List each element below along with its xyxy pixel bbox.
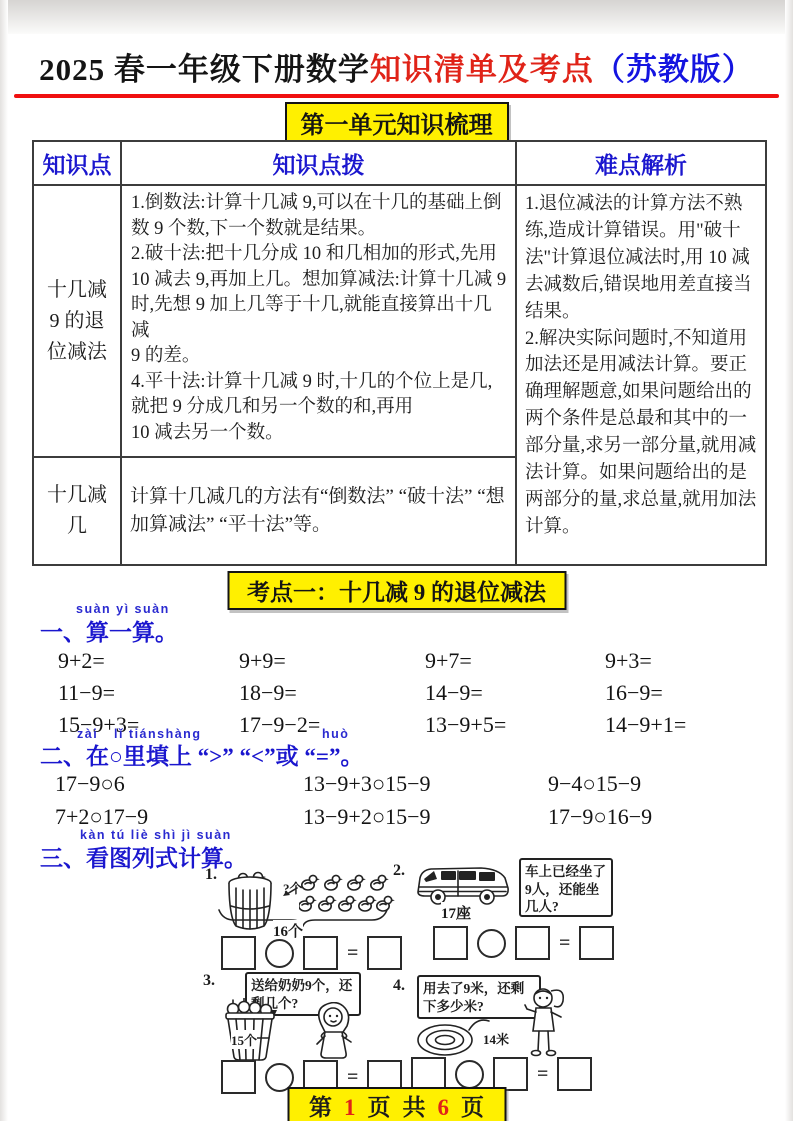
rope-length-label: 14米	[483, 1029, 509, 1048]
compare-expression: 9−4○15−9	[548, 771, 770, 797]
page-title: 2025 春一年级下册数学知识清单及考点（苏教版）	[0, 44, 793, 89]
girl-ponytail-illustration	[523, 985, 575, 1059]
answer-box[interactable]	[221, 1060, 256, 1094]
arrow-icon	[281, 886, 299, 898]
calc-row: 11−9= 18−9= 14−9= 16−9=	[58, 680, 768, 706]
title-part-red: 知识清单及考点	[370, 52, 594, 87]
cell-point-1: 十几减 9 的退 位减法	[33, 185, 121, 457]
equals-sign: =	[537, 1063, 548, 1086]
title-part-black: 2025 春一年级下册数学	[39, 52, 370, 87]
problem-number: 3.	[203, 972, 215, 990]
equals-sign: =	[559, 932, 570, 955]
answer-box[interactable]	[493, 1057, 528, 1091]
compare-expression: 17−9○6	[55, 771, 303, 797]
answer-box[interactable]	[411, 1057, 446, 1091]
compare-expression: 13−9+3○15−9	[303, 771, 548, 797]
problem-caption: 车上已经坐了9人，还能坐几人?	[519, 858, 613, 917]
footer-char: 第	[309, 1095, 332, 1120]
problem-number: 1.	[205, 866, 217, 884]
table-header-knowledge-point: 知识点	[33, 141, 121, 185]
problem-number: 2.	[393, 862, 405, 880]
apple-count-label: 15个	[231, 1030, 257, 1049]
picture-problem-1: 1. ?个 16个 =	[203, 862, 395, 972]
calc-expression: 14−9+1=	[605, 712, 768, 738]
answer-operator-circle[interactable]	[455, 1060, 484, 1089]
compare-row: 7+2○17−9 13−9+2○15−9 17−9○16−9	[55, 804, 770, 830]
unit-banner: 第一单元知识梳理	[285, 102, 509, 143]
page-right-shade	[785, 0, 793, 1121]
answer-box[interactable]	[557, 1057, 592, 1091]
calc-expression: 9+3=	[605, 648, 768, 674]
calc-expression: 11−9=	[58, 680, 239, 706]
calc-expression: 9+7=	[425, 648, 605, 674]
rope-illustration	[413, 1011, 491, 1061]
calc-expression: 13−9+5=	[425, 712, 605, 738]
equals-sign: =	[347, 942, 358, 965]
title-underline	[14, 94, 779, 98]
picture-problem-3: 3. 送给奶奶9个，还剩几个? 15个 =	[203, 970, 395, 1098]
exam-point-banner: 考点一：十几减 9 的退位减法	[227, 571, 566, 610]
picture-problem-4: 4. 用去了9米，还剩下多少米? 14米 =	[393, 973, 611, 1098]
calc-expression: 14−9=	[425, 680, 605, 706]
answer-box[interactable]	[433, 926, 468, 960]
answer-box[interactable]	[221, 936, 256, 970]
section-1-heading: 一、算一算。	[40, 614, 178, 647]
answer-row-2: =	[433, 926, 614, 960]
answer-row-1: =	[221, 936, 402, 970]
compare-expression: 7+2○17−9	[55, 804, 303, 830]
calc-expression: 9+9=	[239, 648, 425, 674]
calc-expression: 9+2=	[58, 648, 239, 674]
cell-tips-2: 计算十几减几的方法有“倒数法” “破十法” “想加算减法” “平十法”等。	[121, 457, 516, 565]
answer-box[interactable]	[515, 926, 550, 960]
answer-box[interactable]	[303, 936, 338, 970]
answer-box[interactable]	[579, 926, 614, 960]
page-footer: 第1页共6页	[287, 1087, 506, 1121]
footer-char: 页	[368, 1095, 391, 1120]
picture-problem-2: 2. 17座 车上已经坐了9人，还能坐几人? =	[393, 856, 611, 966]
equals-sign: =	[347, 1066, 358, 1089]
compare-row: 17−9○6 13−9+3○15−9 9−4○15−9	[55, 771, 770, 797]
knowledge-table: 知识点 知识点拨 难点解析 十几减 9 的退 位减法 1.倒数法:计算十几减 9…	[32, 140, 767, 566]
table-row: 十几减 9 的退 位减法 1.倒数法:计算十几减 9,可以在十几的基础上倒数 9…	[33, 185, 766, 457]
cell-tips-1: 1.倒数法:计算十几减 9,可以在十几的基础上倒数 9 个数,下一个数就是结果。…	[121, 185, 516, 457]
compare-expression: 17−9○16−9	[548, 804, 770, 830]
page-number: 1	[344, 1095, 356, 1120]
section-2-heading: 二、在○里填上 “>” “<”或 “=”。	[40, 738, 363, 771]
compare-expression: 13−9+2○15−9	[303, 804, 548, 830]
page-left-shade	[0, 0, 8, 1121]
problem-number: 4.	[393, 977, 405, 995]
total-pages: 6	[438, 1095, 450, 1120]
answer-operator-circle[interactable]	[265, 939, 294, 968]
table-header-difficulty: 难点解析	[516, 141, 766, 185]
footer-char: 页	[461, 1095, 484, 1120]
calc-expression: 18−9=	[239, 680, 425, 706]
answer-row-4: =	[411, 1057, 592, 1091]
cell-difficulty: 1.退位减法的计算方法不熟练,造成计算错误。用"破十法"计算退位减法时,用 10…	[516, 185, 766, 565]
seats-label: 17座	[441, 902, 471, 923]
calc-row: 9+2= 9+9= 9+7= 9+3=	[58, 648, 768, 674]
table-header-knowledge-tips: 知识点拨	[121, 141, 516, 185]
cell-point-2: 十几减 几	[33, 457, 121, 565]
answer-operator-circle[interactable]	[477, 929, 506, 958]
calc-expression: 16−9=	[605, 680, 768, 706]
title-part-blue: （苏教版）	[594, 52, 754, 87]
footer-char: 共	[403, 1095, 426, 1120]
page-top-shade	[0, 0, 793, 34]
girl-illustration	[311, 1002, 357, 1062]
